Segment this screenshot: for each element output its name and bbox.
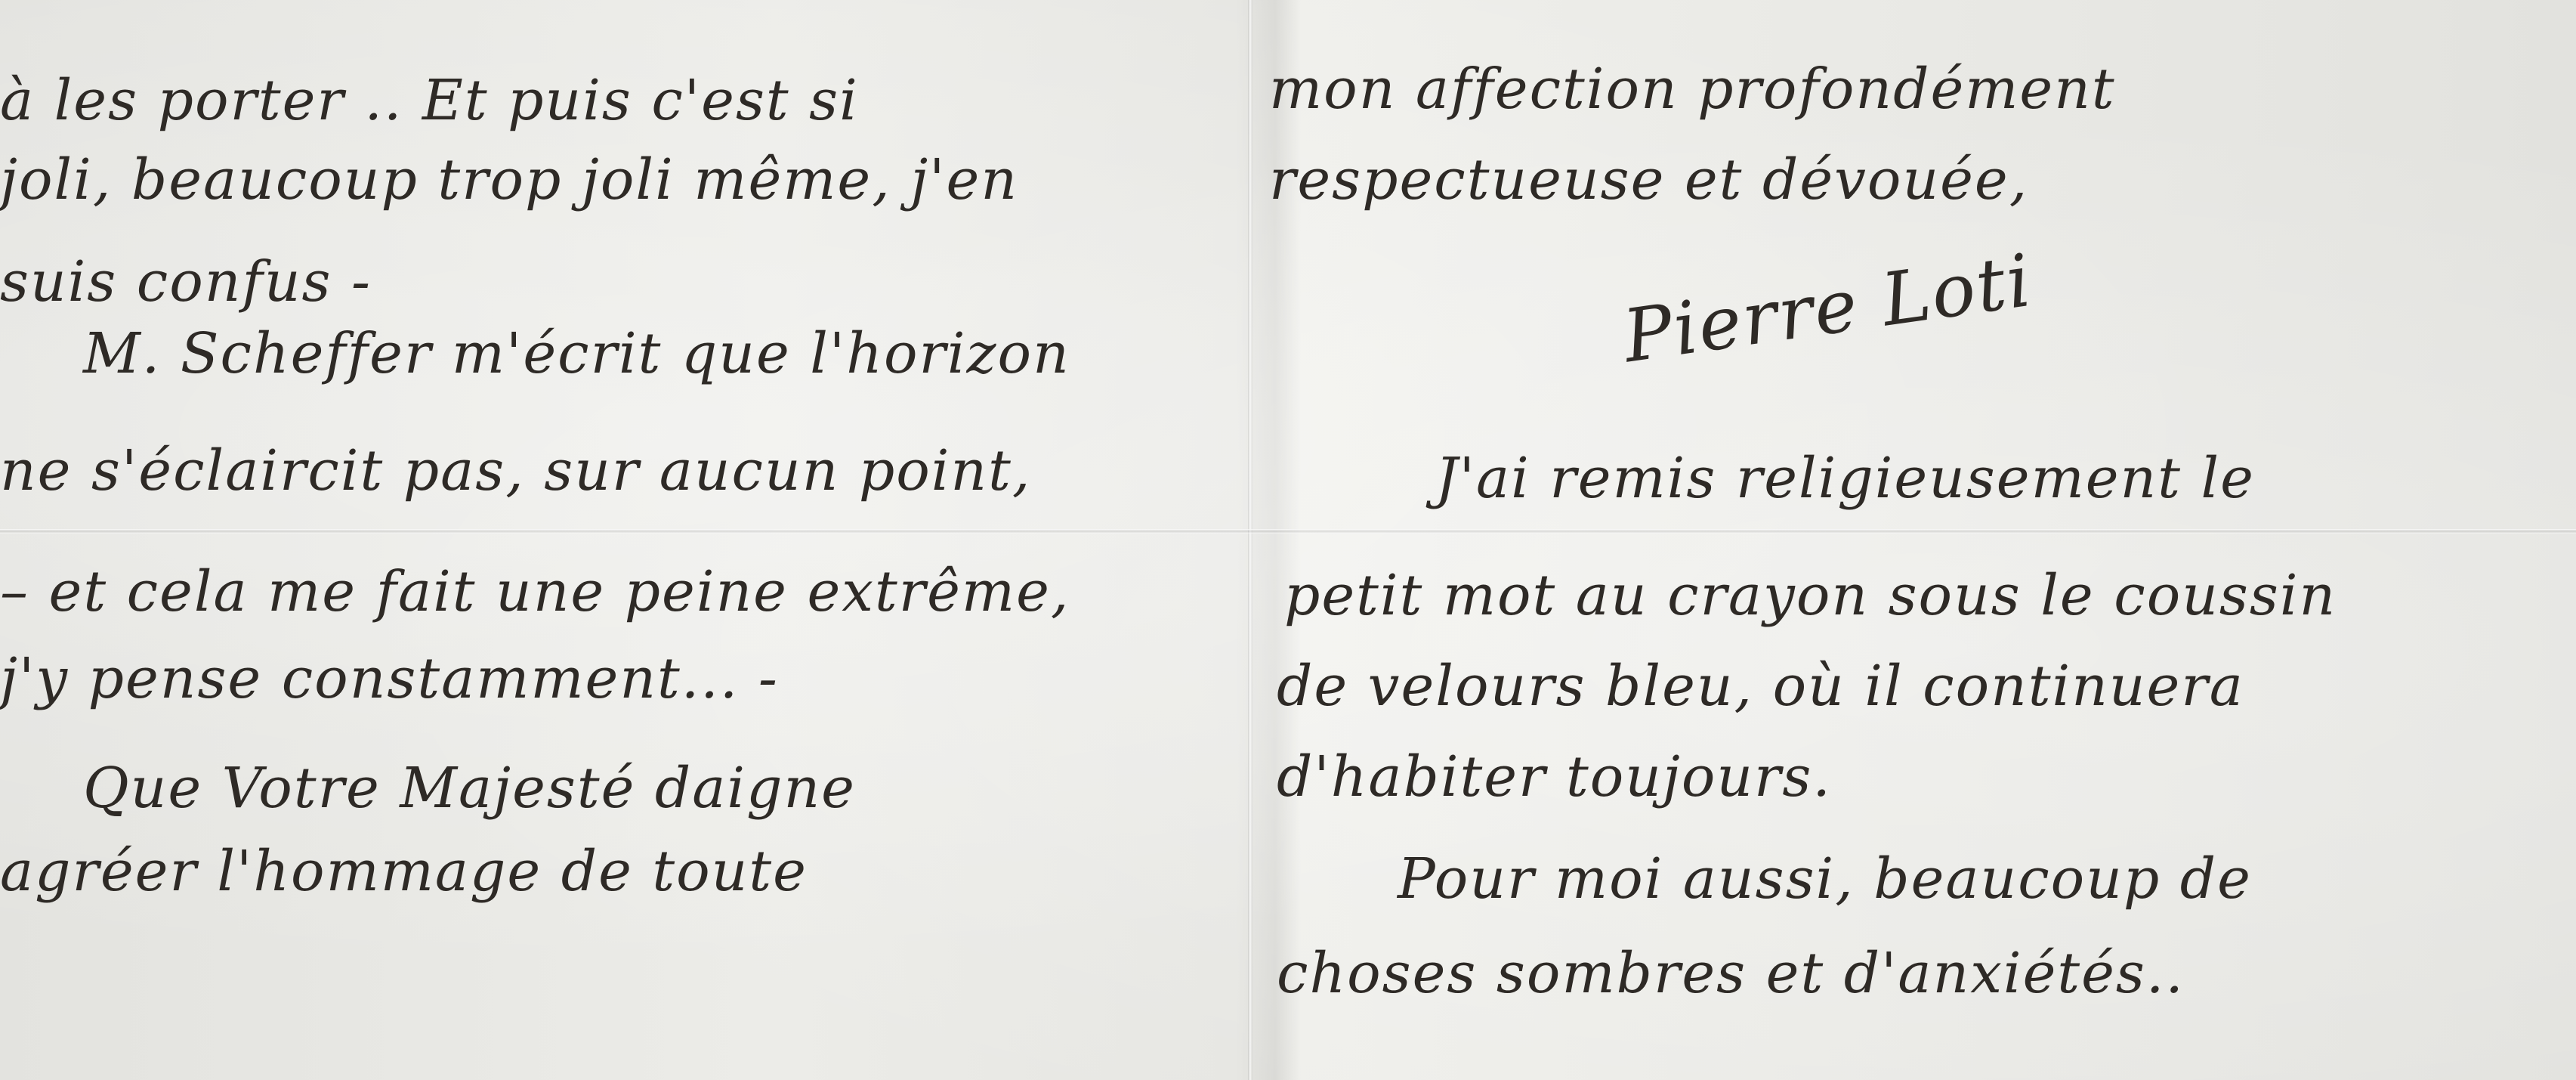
postscript-line: de velours bleu, où il continuera [1277,654,2244,719]
letter-line: mon affection profondément [1269,57,2116,122]
letter-line: respectueuse et dévouée, [1269,147,2028,212]
left-page: à les porter .. Et puis c'est si joli, b… [0,0,1246,1080]
letter-line: à les porter .. Et puis c'est si [0,68,859,133]
letter-line: ne s'éclaircit pas, sur aucun point, [0,438,1031,503]
letter-line: agréer l'hommage de toute [0,839,808,904]
letter-sheet: à les porter .. Et puis c'est si joli, b… [0,0,2576,1080]
postscript-line: d'habiter toujours. [1277,744,1832,809]
letter-line: suis confus - [0,249,372,314]
letter-line: j'y pense constamment... - [0,646,779,711]
postscript-line: choses sombres et d'anxiétés.. [1277,941,2185,1006]
signature: Pierre Loti [1618,238,2037,379]
letter-line: joli, beaucoup trop joli même, j'en [0,147,1018,212]
vertical-fold-crease [1248,0,1252,1080]
postscript-line: Pour moi aussi, beaucoup de [1398,846,2252,911]
postscript-line: J'ai remis religieusement le [1435,446,2255,511]
postscript-line: petit mot au crayon sous le coussin [1284,563,2337,628]
letter-line: – et cela me fait une peine extrême, [0,559,1070,624]
letter-line: M. Scheffer m'écrit que l'horizon [83,321,1070,386]
right-page: mon affection profondément respectueuse … [1254,0,2576,1080]
letter-line: Que Votre Majesté daigne [83,756,856,821]
